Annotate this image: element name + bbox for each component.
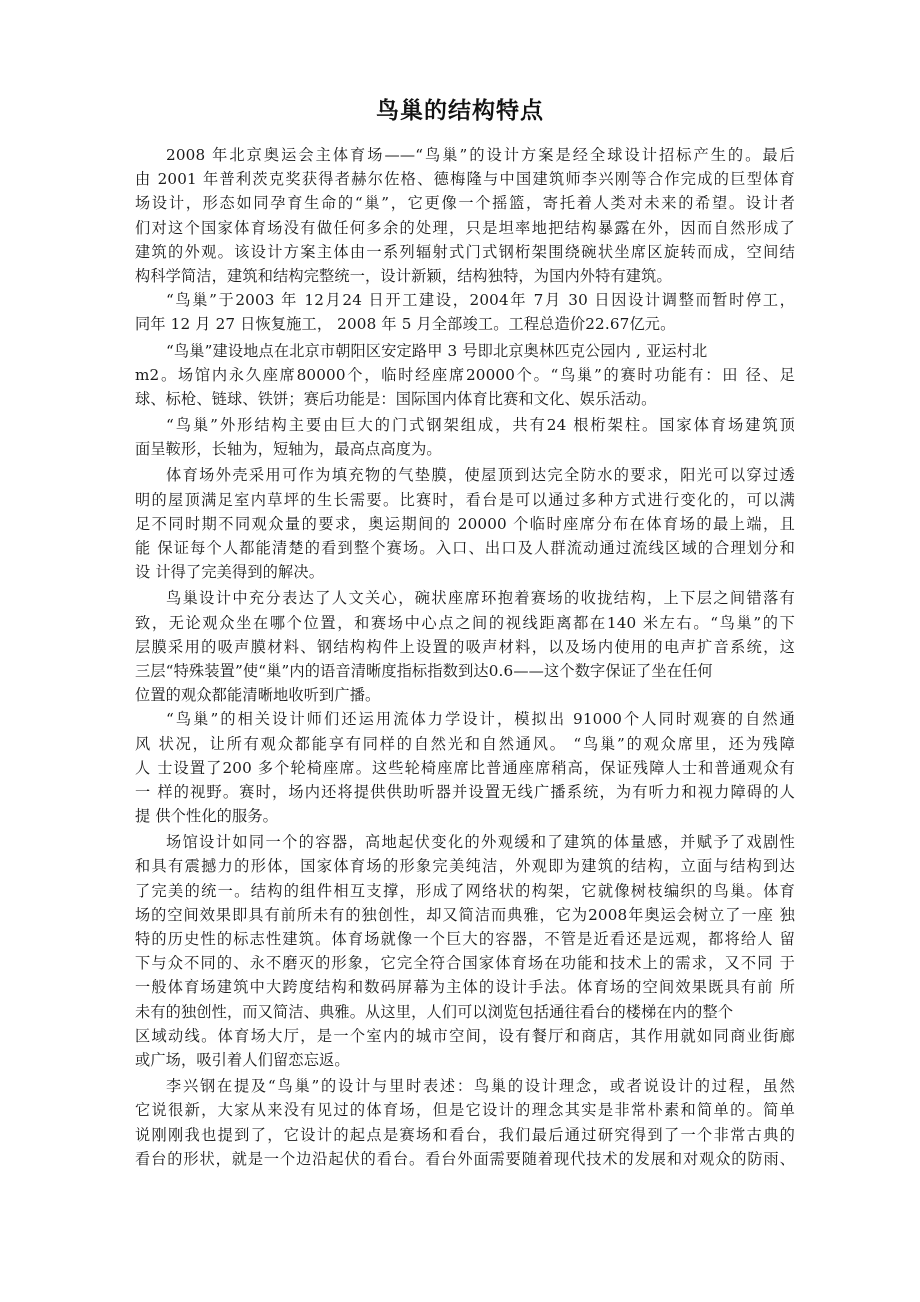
text-line: “鸟巢”建设地点在北京市朝阳区安定路甲 3 号即北京奥林匹克公园内 , 亚运村北 (135, 339, 795, 363)
text-line: 由 2001 年普利茨克奖获得者赫尔佐格、德梅隆与中国建筑师李兴刚等合作完成的巨… (135, 167, 795, 191)
text-line: 下与众不同的、永不磨灭的形象，它完全符合国家体育场在功能和技术上的需求，又不同 … (135, 951, 795, 975)
text-line: 场设计，形态如同孕育生命的“巢”，它更像一个摇篮，寄托着人类对未来的希望。设计者 (135, 191, 795, 215)
text-line: 它说很新，大家从来没有见过的体育场，但是它设计的理念其实是非常朴素和简单的。简单 (135, 1098, 795, 1122)
paragraph: “鸟巢”的相关设计师们还运用流体力学设计，模拟出 91000个人同时观赛的自然通… (135, 707, 795, 828)
document-page: 鸟巢的结构特点 2008 年北京奥运会主体育场——“鸟巢”的设计方案是经全球设计… (0, 0, 920, 1302)
text-line: 三层“特殊装置”使“巢”内的语音清晰度指标指数到达0.6——这个数字保证了坐在任… (135, 659, 795, 683)
text-line: 和具有震撼力的形体，国家体育场的形象完美纯洁，外观即为建筑的结构，立面与结构到达 (135, 854, 795, 878)
text-line: 层膜采用的吸声膜材料、钢结构构件上设置的吸声材料，以及场内使用的电声扩音系统，这 (135, 635, 795, 659)
text-line: 2008 年北京奥运会主体育场——“鸟巢”的设计方案是经全球设计招标产生的。最后 (135, 143, 795, 167)
text-line: 位置的观众都能清晰地收听到广播。 (135, 683, 795, 707)
text-line: 明的屋顶满足室内草坪的生长需要。比赛时，看台是可以通过多种方式进行变化的，可以满 (135, 488, 795, 512)
text-line: 设 计得了完美得到的解决。 (135, 560, 795, 584)
text-line: “鸟巢”的相关设计师们还运用流体力学设计，模拟出 91000个人同时观赛的自然通 (135, 707, 795, 731)
text-line: 们对这个国家体育场没有做任何多余的处理，只是坦率地把结构暴露在外，因而自然形成了 (135, 216, 795, 240)
text-line: 说刚刚我也提到了，它设计的起点是赛场和看台，我们最后通过研究得到了一个非常古典的 (135, 1123, 795, 1147)
paragraph: “鸟巢”于2003 年 12月24 日开工建设，2004年 7月 30 日因设计… (135, 288, 795, 336)
paragraph: 2008 年北京奥运会主体育场——“鸟巢”的设计方案是经全球设计招标产生的。最后… (135, 143, 795, 288)
text-line: 构科学简洁，建筑和结构完整统一，设计新颖，结构独特，为国内外特有建筑。 (135, 264, 795, 288)
text-line: m2。场馆内永久座席80000个，临时经座席20000个。“鸟巢”的赛时功能有：… (135, 363, 795, 387)
text-line: 建筑的外观。该设计方案主体由一系列辐射式门式钢桁架围绕碗状坐席区旋转而成，空间结 (135, 240, 795, 264)
paragraph: 鸟巢设计中充分表达了人文关心，碗状座席环抱着赛场的收拢结构，上下层之间错落有 致… (135, 586, 795, 707)
text-line: 或广场，吸引着人们留恋忘返。 (135, 1048, 795, 1072)
text-line: 看台的形状，就是一个边沿起伏的看台。看台外面需要随着现代技术的发展和对观众的防雨… (135, 1147, 795, 1171)
text-line: 球、标枪、链球、铁饼；赛后功能是：国际国内体育比赛和文化、娱乐活动。 (135, 387, 795, 411)
text-line: 特的历史性的标志性建筑。体育场就像一个巨大的容器，不管是近看还是远观，都将给人 … (135, 927, 795, 951)
paragraph: 场馆设计如同一个的容器，高地起伏变化的外观缓和了建筑的体量感，并赋予了戏剧性 和… (135, 830, 795, 1072)
text-line: 场馆设计如同一个的容器，高地起伏变化的外观缓和了建筑的体量感，并赋予了戏剧性 (135, 830, 795, 854)
text-line: 场的空间效果即具有前所未有的独创性，却又简洁而典雅，它为2008年奥运会树立了一… (135, 903, 795, 927)
text-line: “鸟巢”于2003 年 12月24 日开工建设，2004年 7月 30 日因设计… (135, 288, 795, 312)
text-line: 一般体育场建筑中大跨度结构和数码屏幕为主体的设计手法。体育场的空间效果既具有前 … (135, 975, 795, 999)
text-line: 未有的独创性，而又简洁、典雅。从这里，人们可以浏览包括通往看台的楼梯在内的整个 (135, 1000, 795, 1024)
text-line: 区域动线。体育场大厅，是一个室内的城市空间，设有餐厅和商店，其作用就如同商业街廊 (135, 1024, 795, 1048)
text-line: 体育场外壳采用可作为填充物的气垫膜，使屋顶到达完全防水的要求，阳光可以穿过透 (135, 463, 795, 487)
document-body: 2008 年北京奥运会主体育场——“鸟巢”的设计方案是经全球设计招标产生的。最后… (135, 143, 795, 1171)
paragraph: 李兴钢在提及“鸟巢”的设计与里时表述：鸟巢的设计理念，或者说设计的过程，虽然 它… (135, 1074, 795, 1171)
text-line: 人 士设置了200 多个轮椅座席。这些轮椅座席比普通座席稍高，保证残障人士和普通… (135, 756, 795, 780)
text-line: 一 样的视野。赛时，场内还将提供供助听器并设置无线广播系统，为有听力和视力障碍的… (135, 780, 795, 804)
paragraph: “鸟巢”建设地点在北京市朝阳区安定路甲 3 号即北京奥林匹克公园内 , 亚运村北… (135, 339, 795, 412)
paragraph: “鸟巢”外形结构主要由巨大的门式钢架组成，共有24 根桁架柱。国家体育场建筑顶 … (135, 413, 795, 461)
text-line: 风 状况，让所有观众都能享有同样的自然光和自然通风。 “鸟巢”的观众席里，还为残… (135, 732, 795, 756)
text-line: 鸟巢设计中充分表达了人文关心，碗状座席环抱着赛场的收拢结构，上下层之间错落有 (135, 586, 795, 610)
text-line: 致，无论观众坐在哪个位置，和赛场中心点之间的视线距离都在140 米左右。“鸟巢”… (135, 611, 795, 635)
text-line: 面呈鞍形，长轴为，短轴为，最高点高度为。 (135, 437, 795, 461)
text-line: 了完美的统一。结构的组件相互支撑，形成了网络状的构架，它就像树枝编织的鸟巢。体育 (135, 879, 795, 903)
text-line: 能 保证每个人都能清楚的看到整个赛场。入口、出口及人群流动通过流线区域的合理划分… (135, 536, 795, 560)
text-line: 同年 12 月 27 日恢复施工， 2008 年 5 月全部竣工。工程总造价22… (135, 312, 795, 336)
paragraph: 体育场外壳采用可作为填充物的气垫膜，使屋顶到达完全防水的要求，阳光可以穿过透 明… (135, 463, 795, 584)
text-line: “鸟巢”外形结构主要由巨大的门式钢架组成，共有24 根桁架柱。国家体育场建筑顶 (135, 413, 795, 437)
text-line: 提 供个性化的服务。 (135, 804, 795, 828)
text-line: 足不同时期不同观众量的要求，奥运期间的 20000 个临时座席分布在体育场的最上… (135, 512, 795, 536)
document-title: 鸟巢的结构特点 (0, 92, 920, 125)
text-line: 李兴钢在提及“鸟巢”的设计与里时表述：鸟巢的设计理念，或者说设计的过程，虽然 (135, 1074, 795, 1098)
